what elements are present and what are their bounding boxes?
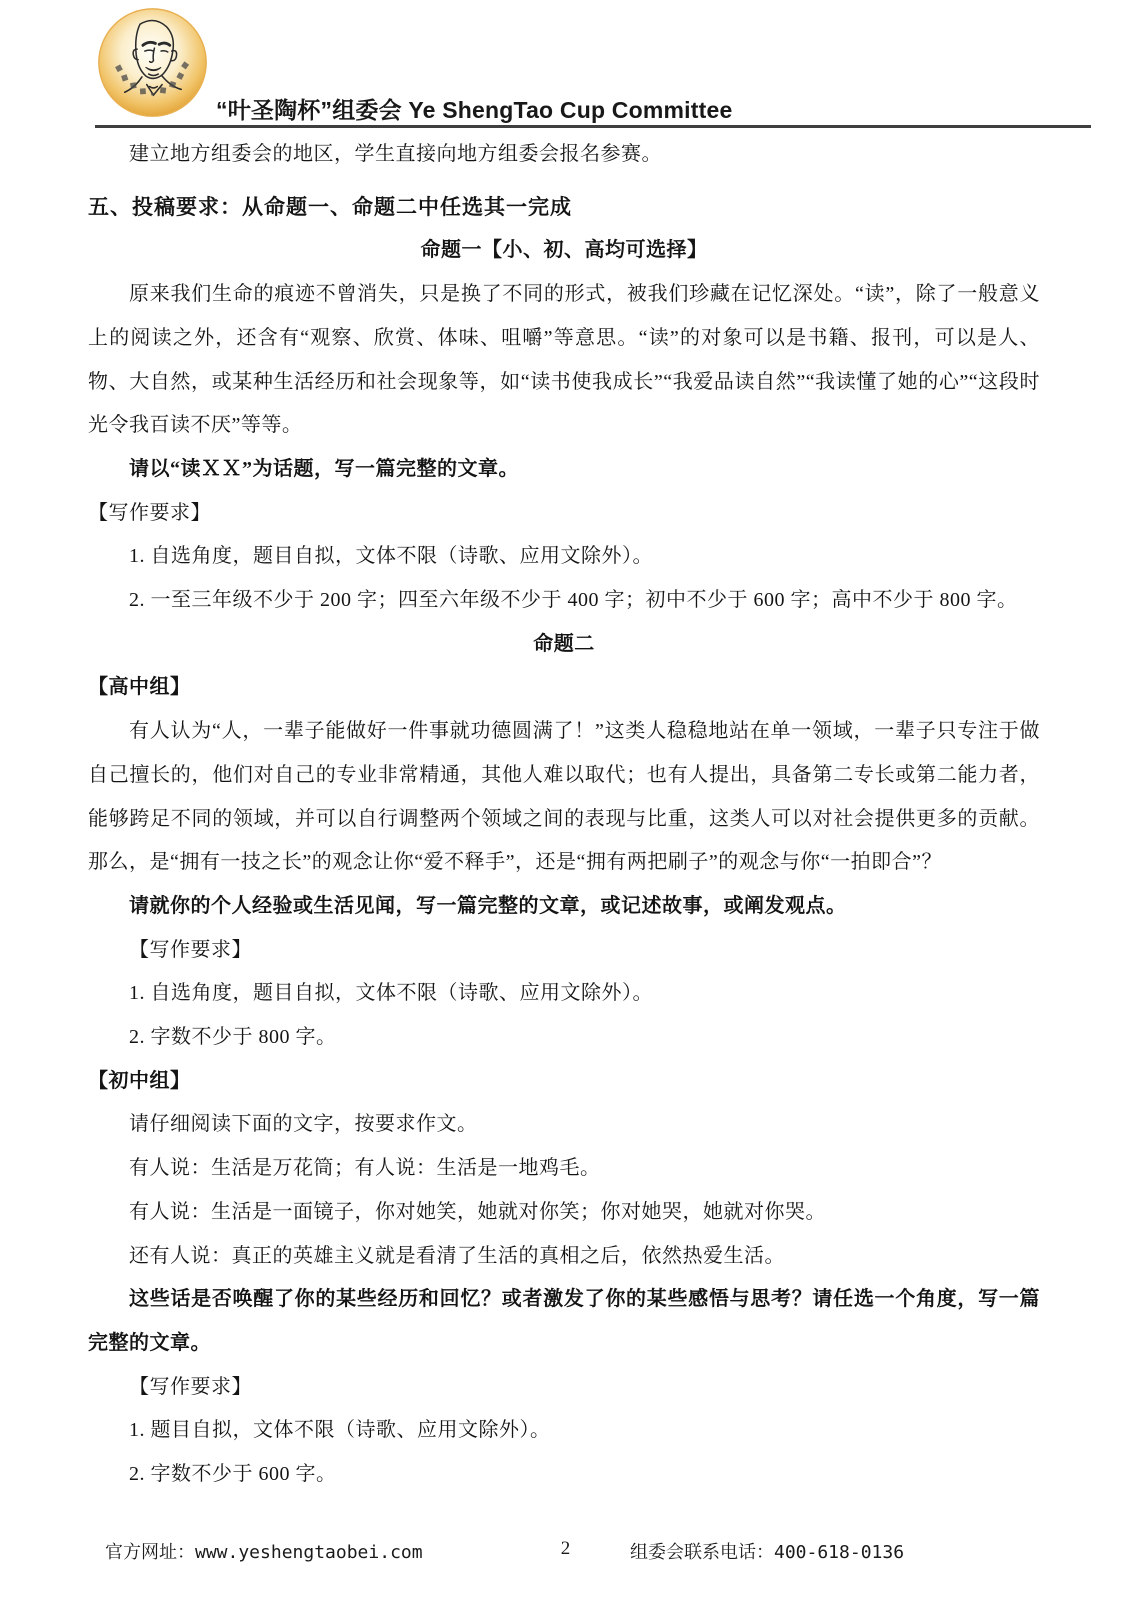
prompt1-intro-paragraph: 原来我们生命的痕迹不曾消失，只是换了不同的形式，被我们珍藏在记忆深处。“读”，除… (88, 273, 1040, 448)
document-page: “叶圣陶杯”组委会 Ye ShengTao Cup Committee 建立地方… (0, 0, 1131, 1600)
prompt1-requirement-2: 2. 一至三年级不少于 200 字；四至六年级不少于 400 字；初中不少于 6… (88, 579, 1040, 623)
prompt1-requirements-label: 【写作要求】 (88, 492, 1040, 536)
senior-requirements-label: 【写作要求】 (88, 929, 1040, 973)
ye-shengtao-portrait-logo (94, 6, 211, 121)
carryover-paragraph: 建立地方组委会的地区，学生直接向地方组委会报名参赛。 (88, 133, 1040, 177)
section-5-heading: 五、投稿要求：从命题一、命题二中任选其一完成 (88, 186, 1040, 230)
page-footer: 官方网址：www.yeshengtaobei.com 2 组委会联系电话：400… (0, 1538, 1131, 1568)
junior-requirement-1: 1. 题目自拟，文体不限（诗歌、应用文除外）。 (88, 1409, 1040, 1453)
page-number: 2 (561, 1538, 571, 1560)
logo-graphic (94, 6, 211, 121)
senior-requirement-1: 1. 自选角度，题目自拟，文体不限（诗歌、应用文除外）。 (88, 972, 1040, 1016)
junior-quote-1: 有人说：生活是万花筒；有人说：生活是一地鸡毛。 (88, 1147, 1040, 1191)
senior-requirement-2: 2. 字数不少于 800 字。 (88, 1016, 1040, 1060)
senior-task-line: 请就你的个人经验或生活见闻，写一篇完整的文章，或记述故事，或阐发观点。 (88, 885, 1040, 929)
footer-phone: 组委会联系电话：400-618-0136 (630, 1538, 904, 1564)
header-rule (95, 125, 1091, 128)
prompt1-task-line: 请以“读ＸＸ”为话题，写一篇完整的文章。 (88, 448, 1040, 492)
junior-quote-3: 还有人说：真正的英雄主义就是看清了生活的真相之后，依然热爱生活。 (88, 1235, 1040, 1279)
prompt1-requirement-1: 1. 自选角度，题目自拟，文体不限（诗歌、应用文除外）。 (88, 535, 1040, 579)
document-body: 建立地方组委会的地区，学生直接向地方组委会报名参赛。 五、投稿要求：从命题一、命… (88, 133, 1040, 1497)
prompt2-heading: 命题二 (88, 623, 1040, 667)
junior-quote-2: 有人说：生活是一面镜子，你对她笑，她就对你笑；你对她哭，她就对你哭。 (88, 1191, 1040, 1235)
prompt1-heading: 命题一【小、初、高均可选择】 (88, 229, 1040, 273)
junior-task-paragraph: 这些话是否唤醒了你的某些经历和回忆？或者激发了你的某些感悟与思考？请任选一个角度… (88, 1278, 1040, 1365)
junior-requirement-2: 2. 字数不少于 600 字。 (88, 1453, 1040, 1497)
senior-intro-paragraph: 有人认为“人，一辈子能做好一件事就功德圆满了！”这类人稳稳地站在单一领域，一辈子… (88, 710, 1040, 885)
committee-header-title: “叶圣陶杯”组委会 Ye ShengTao Cup Committee (216, 92, 732, 125)
junior-requirements-label: 【写作要求】 (88, 1366, 1040, 1410)
senior-group-label: 【高中组】 (88, 666, 1040, 710)
footer-website: 官方网址：www.yeshengtaobei.com (105, 1538, 423, 1564)
junior-group-label: 【初中组】 (88, 1060, 1040, 1104)
junior-instruction-line: 请仔细阅读下面的文字，按要求作文。 (88, 1103, 1040, 1147)
